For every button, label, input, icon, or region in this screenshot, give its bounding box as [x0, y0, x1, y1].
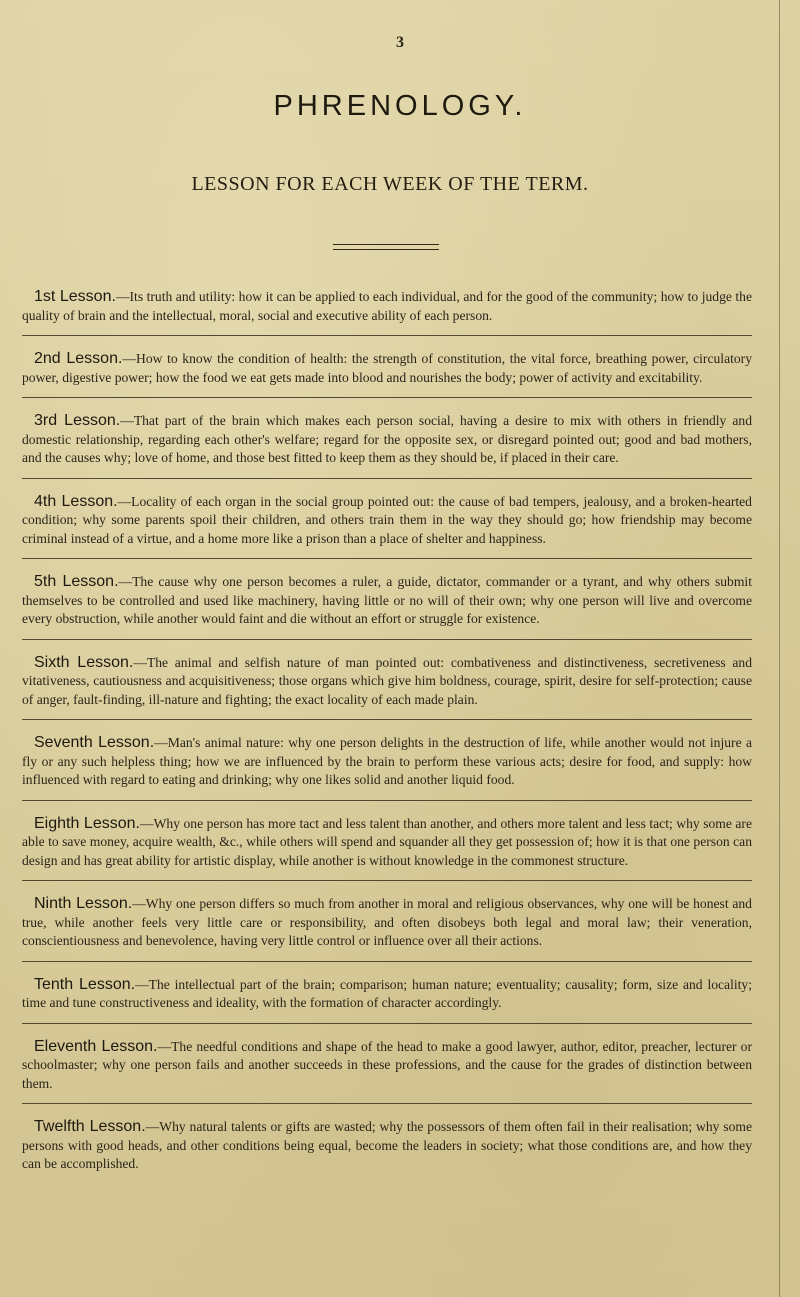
lesson-heading: 5th Lesson.	[22, 573, 119, 590]
divider-rule	[22, 800, 752, 801]
lesson-heading: Ninth Lesson.	[22, 895, 132, 912]
lesson-6: Sixth Lesson.—The animal and selfish nat…	[22, 654, 752, 714]
divider-rule	[22, 1103, 752, 1104]
lesson-heading: Eighth Lesson.	[22, 815, 140, 832]
lesson-text: —Locality of each organ in the social gr…	[22, 494, 752, 546]
lesson-heading: Tenth Lesson.	[22, 976, 135, 993]
divider-rule	[22, 1023, 752, 1024]
lesson-8: Eighth Lesson.—Why one person has more t…	[22, 815, 752, 875]
lesson-5: 5th Lesson.—The cause why one person bec…	[22, 573, 752, 633]
lesson-text: —Its truth and utility: how it can be ap…	[22, 289, 752, 323]
lesson-heading: Twelfth Lesson.	[22, 1118, 146, 1135]
lesson-list: 1st Lesson.—Its truth and utility: how i…	[22, 288, 752, 1178]
lesson-12: Twelfth Lesson.—Why natural talents or g…	[22, 1118, 752, 1178]
lesson-1: 1st Lesson.—Its truth and utility: how i…	[22, 288, 752, 329]
lesson-heading: Seventh Lesson.	[22, 734, 154, 751]
divider-rule	[22, 335, 752, 336]
divider-rule	[22, 961, 752, 962]
divider-rule	[22, 880, 752, 881]
book-page: 3 PHRENOLOGY. LESSON FOR EACH WEEK OF TH…	[0, 0, 800, 1297]
lesson-text: —The cause why one person becomes a rule…	[22, 574, 752, 626]
lesson-9: Ninth Lesson.—Why one person differs so …	[22, 895, 752, 955]
lesson-10: Tenth Lesson.—The intellectual part of t…	[22, 976, 752, 1017]
lesson-heading: 4th Lesson.	[22, 493, 118, 510]
lesson-7: Seventh Lesson.—Man's animal nature: why…	[22, 734, 752, 794]
lesson-heading: Eleventh Lesson.	[22, 1038, 158, 1055]
divider-rule	[22, 558, 752, 559]
double-rule-divider	[333, 244, 439, 250]
lesson-2: 2nd Lesson.—How to know the condition of…	[22, 350, 752, 391]
page-number: 3	[0, 34, 800, 52]
divider-rule	[22, 719, 752, 720]
divider-rule	[22, 478, 752, 479]
lesson-heading: 2nd Lesson.	[22, 350, 122, 367]
lesson-text: —Why one person differs so much from ano…	[22, 896, 752, 948]
page-subtitle: LESSON FOR EACH WEEK OF THE TERM.	[0, 173, 780, 196]
lesson-heading: Sixth Lesson.	[22, 654, 133, 671]
lesson-4: 4th Lesson.—Locality of each organ in th…	[22, 493, 752, 553]
divider-rule	[22, 397, 752, 398]
lesson-text: —That part of the brain which makes each…	[22, 413, 752, 465]
divider-rule	[22, 639, 752, 640]
lesson-heading: 1st Lesson.	[22, 288, 116, 305]
page-title: PHRENOLOGY.	[0, 90, 800, 123]
lesson-text: —How to know the condition of health: th…	[22, 351, 752, 385]
lesson-heading: 3rd Lesson.	[22, 412, 120, 429]
lesson-11: Eleventh Lesson.—The needful conditions …	[22, 1038, 752, 1098]
lesson-3: 3rd Lesson.—That part of the brain which…	[22, 412, 752, 472]
